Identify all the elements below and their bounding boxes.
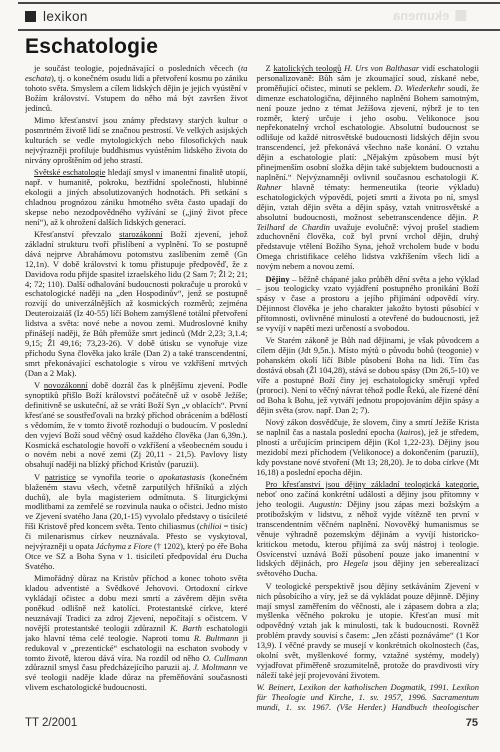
text-segment: hlavně tématy: hermeneutika (teorie výkl…: [257, 182, 480, 222]
article-title: Eschatologie: [25, 35, 158, 59]
text-segment: R. Bultmann: [194, 633, 239, 643]
text-segment: katolických teologů: [273, 64, 341, 73]
text-segment: chilioi: [200, 521, 222, 531]
text-segment: V: [34, 380, 44, 390]
text-segment: Ve Starém zákoně je Bůh nad dějinami, je…: [257, 335, 480, 414]
paragraph: V novozákonní době dozrál čas k plnějším…: [25, 381, 248, 470]
paragraph: V teologické perspektivě jsou dějiny set…: [257, 582, 480, 681]
article-body: je součást teologie, pojednávající o pos…: [25, 64, 479, 712]
lexicon-page: lexikon ekumena Eschatologie je součást …: [0, 0, 500, 752]
text-segment: Augustin:: [309, 499, 342, 509]
paragraph: Světské eschatologie hledají smysl v ima…: [25, 168, 248, 227]
text-segment: patristice: [45, 472, 76, 482]
paragraph: Nový zákon dosvědčuje, že slovem, činy a…: [257, 418, 480, 477]
text-segment: apokatastasis: [159, 472, 205, 482]
text-segment: starozákonní: [119, 229, 162, 239]
text-segment: Boží zjevení, jehož základní strukturu t…: [25, 229, 248, 378]
text-segment: K. Barth: [170, 623, 202, 633]
text-segment: Světské eschatologie: [34, 167, 105, 177]
left-column: je součást teologie, pojednávající o pos…: [25, 64, 248, 712]
text-segment: V teologické perspektivě jsou dějiny set…: [257, 581, 480, 680]
right-column: Z katolických teologů H. Urs von Balthas…: [257, 64, 480, 712]
paragraph: Mimořádný důraz na Kristův příchod a kon…: [25, 574, 248, 693]
text-segment: H. Urs von Balthasar: [344, 64, 419, 73]
text-segment: se vynořila teorie o: [76, 472, 159, 482]
paragraph: Křesťanství převzalo starozákonní Boží z…: [25, 230, 248, 379]
bleed-through-text: ekumena: [393, 8, 449, 23]
issue-label: TT 2/2001: [25, 717, 77, 729]
bleed-through: ekumena: [393, 8, 466, 23]
page-footer: TT 2/2001 75: [25, 717, 478, 729]
text-segment: soudí, že dimenze eschatologična, dějinn…: [257, 83, 480, 182]
paragraph: V patristice se vynořila teorie o apokat…: [25, 473, 248, 572]
text-segment: – běžně chápané jako průběh dění světa a…: [257, 274, 480, 334]
text-segment: J. Moltmann: [193, 662, 237, 672]
text-segment: Hegela: [344, 558, 369, 568]
text-segment: Pro křesťanství jsou dějiny základní teo…: [266, 479, 480, 489]
text-segment: kairos: [400, 427, 421, 437]
lexikon-square-icon: [25, 11, 36, 22]
paragraph: Z katolických teologů H. Urs von Balthas…: [257, 64, 480, 272]
text-segment: W. Beinert, Lexikon der katholischen Dog…: [257, 682, 480, 712]
header-row: lexikon ekumena: [0, 4, 500, 29]
paragraph: Mimo křesťanství jsou známy představy st…: [25, 116, 248, 166]
bleed-square-icon: [455, 10, 466, 21]
text-segment: Jáchyma z Fiore: [96, 541, 152, 551]
paragraph: W. Beinert, Lexikon der katholischen Dog…: [257, 683, 480, 712]
section-label: lexikon: [43, 9, 88, 24]
text-segment: Křesťanství převzalo: [34, 229, 119, 239]
paragraph: Ve Starém zákoně je Bůh nad dějinami, je…: [257, 336, 480, 415]
paragraph: je součást teologie, pojednávající o pos…: [25, 64, 248, 114]
page-number: 75: [466, 717, 478, 729]
paragraph: Dějiny – běžně chápané jako průběh dění …: [257, 275, 480, 334]
text-segment: zdůraznil smysl času předcházejícího par…: [25, 662, 193, 672]
text-segment: ), tj. o konečném osudu lidí a přetvořen…: [25, 73, 248, 113]
header-rule-bottom: [18, 29, 500, 31]
text-segment: V: [34, 472, 45, 482]
text-segment: je součást teologie, pojednávající o pos…: [34, 64, 241, 73]
text-segment: novozákonní: [44, 380, 88, 390]
text-segment: době dozrál čas k plnějšímu zjevení. Pod…: [25, 380, 248, 469]
text-segment: D. Wiederkehr: [395, 83, 445, 93]
text-segment: hledají smysl v imanentní finalitě utopi…: [25, 167, 248, 227]
paragraph: Pro křesťanství jsou dějiny základní teo…: [257, 480, 480, 579]
page-header: lexikon ekumena: [0, 0, 500, 31]
text-segment: Mimo křesťanství jsou známy představy st…: [25, 115, 248, 165]
text-segment: Dějiny: [266, 274, 290, 284]
text-segment: O. Cullmann: [203, 653, 248, 663]
